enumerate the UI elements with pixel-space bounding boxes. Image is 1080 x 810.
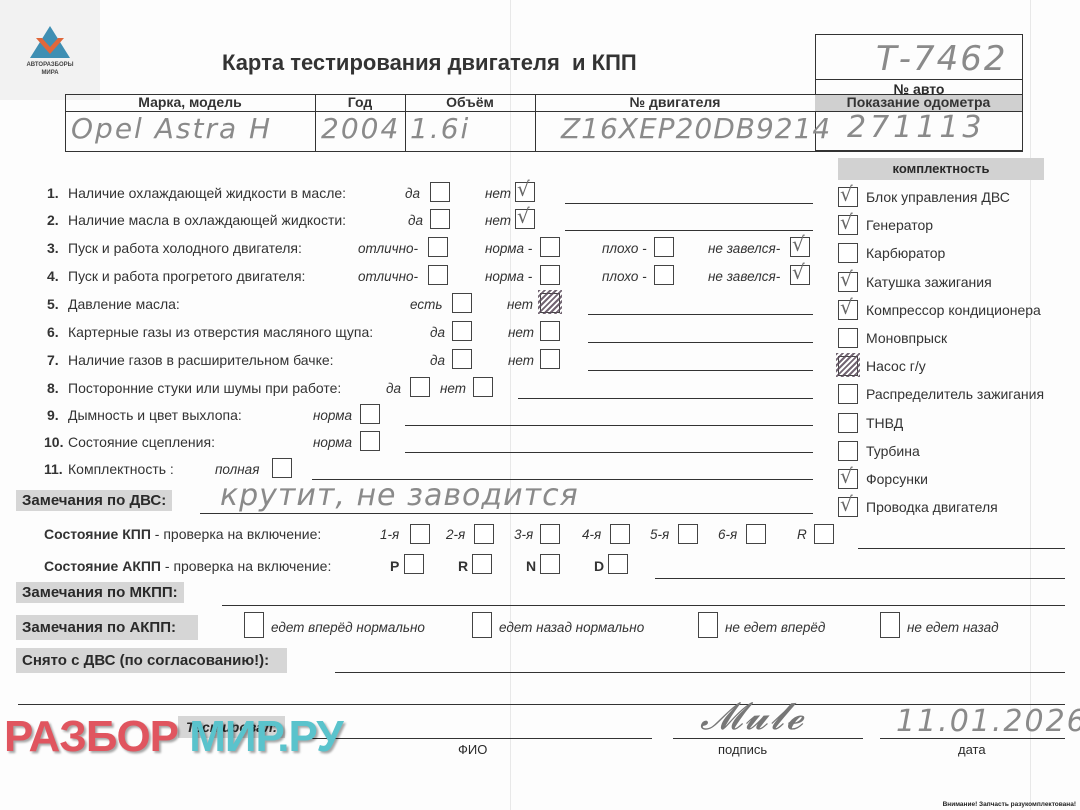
completeness-checkbox[interactable]: √ [838,187,858,207]
completeness-item-label: Генератор [866,217,933,233]
option-label: да [430,325,445,340]
checkbox-4-2[interactable] [540,265,560,285]
odometer-value: 271113 [847,110,986,145]
make-model-value: Opel Astra H [71,112,272,145]
option-label: нет [485,186,511,201]
check-label: Посторонние стуки или шумы при работе: [68,380,341,396]
checkbox-1-1[interactable] [430,182,450,202]
option-label: есть [410,297,442,312]
car-number-value: Т-7462 [876,39,1008,79]
option-label: плохо - [602,241,647,256]
checkbox-9-1[interactable] [360,404,380,424]
completeness-item-label: Насос г/у [866,358,926,374]
paper-fold [1030,0,1031,810]
auto-position-label: N [526,558,536,574]
checkmark-icon: √ [840,464,853,488]
auto-position-label: R [458,558,468,574]
completeness-item-label: Компрессор кондиционера [866,302,1041,318]
check-number: 4. [47,268,59,284]
checkbox-2-1[interactable] [430,209,450,229]
col-header-year: Год [315,94,405,110]
checkbox-4-1[interactable] [428,265,448,285]
date-label: дата [958,742,986,757]
signature-label: подпись [718,742,767,757]
checkbox-11-1[interactable] [272,458,292,478]
auto-position-label: P [390,558,399,574]
mkpp-remarks-label: Замечания по МКПП: [16,582,184,603]
checkbox-10-1[interactable] [360,431,380,451]
company-logo: АВТОРАЗБОРЫ МИРА [0,0,100,100]
gear-checkbox[interactable] [610,524,630,544]
removed-parts-label: Снято с ДВС (по согласованию!): [16,648,287,673]
check-label: Дымность и цвет выхлопа: [68,407,242,423]
gear-checkbox[interactable] [746,524,766,544]
checkbox-6-1[interactable] [452,321,472,341]
check-number: 9. [47,407,59,423]
completeness-checkbox[interactable]: √ [838,215,858,235]
check-label: Состояние сцепления: [68,434,215,450]
completeness-item-label: Распределитель зажигания [866,386,1044,402]
auto-gearbox-label: Состояние АКПП - проверка на включение: [44,558,331,574]
completeness-item-label: Блок управления ДВС [866,189,1010,205]
check-number: 10. [44,434,63,450]
check-number: 7. [47,352,59,368]
gear-checkbox[interactable] [410,524,430,544]
gear-checkbox[interactable] [678,524,698,544]
akpp-option-checkbox[interactable] [472,612,492,638]
checkmark-icon: √ [840,182,853,206]
akpp-option-checkbox[interactable] [880,612,900,638]
check-label: Наличие масла в охлаждающей жидкости: [68,212,346,228]
check-label: Комплектность : [68,461,174,477]
checkbox-3-1[interactable] [428,237,448,257]
option-label: не завелся- [708,269,780,284]
completeness-item-label: Карбюратор [866,245,945,261]
akpp-option-label: едет вперёд нормально [271,620,425,635]
checkbox-3-2[interactable] [540,237,560,257]
check-number: 2. [47,212,59,228]
checkmark-icon: √ [840,492,853,516]
checkbox-4-3[interactable] [654,265,674,285]
vehicle-info-table: Марка, модель Год Объём № двигателя Пока… [65,94,1023,152]
option-label: да [408,213,423,228]
option-label: не завелся- [708,241,780,256]
option-label: полная [215,462,259,477]
gear-checkbox[interactable] [474,524,494,544]
option-label: нет [508,353,534,368]
gear-label: R [797,527,807,542]
gear-checkbox[interactable] [814,524,834,544]
engine-remarks-value[interactable]: крутит, не заводится [220,478,579,513]
checkbox-7-2[interactable] [540,349,560,369]
auto-position-checkbox[interactable] [608,554,628,574]
completeness-header: комплектность [838,158,1044,180]
check-number: 5. [47,296,59,312]
completeness-checkbox[interactable] [838,356,858,376]
auto-position-checkbox[interactable] [404,554,424,574]
akpp-option-checkbox[interactable] [698,612,718,638]
checkbox-5-1[interactable] [452,293,472,313]
completeness-item-label: Моновпрыск [866,330,947,346]
auto-position-checkbox[interactable] [540,554,560,574]
akpp-option-label: не едет назад [907,620,999,635]
checkmark-icon: √ [517,177,530,201]
option-label: плохо - [602,269,647,284]
option-label: норма [313,435,352,450]
option-label: да [386,381,401,396]
option-label: да [405,186,420,201]
completeness-checkbox[interactable]: √ [838,497,858,517]
option-label: отлично- [358,269,418,284]
check-label: Картерные газы из отверстия масляного щу… [68,324,373,340]
gear-label: 3-я [514,527,533,542]
option-label: отлично- [358,241,418,256]
fio-label: ФИО [458,742,487,757]
akpp-option-label: не едет вперёд [725,620,825,635]
check-number: 11. [44,461,63,477]
checkbox-8-1[interactable] [410,377,430,397]
checkbox-5-2[interactable] [540,293,560,313]
scribble-mark [836,353,860,377]
completeness-checkbox[interactable]: √ [838,300,858,320]
check-label: Пуск и работа холодного двигателя: [68,240,302,256]
gear-label: 2-я [446,527,465,542]
gear-label: 1-я [380,527,399,542]
page-title: Карта тестирования двигателя и КПП [222,50,637,76]
checkbox-8-2[interactable] [473,377,493,397]
checkbox-2-2[interactable]: √ [515,209,535,229]
checkmark-icon: √ [840,295,853,319]
engine-remarks-label: Замечания по ДВС: [16,490,172,511]
check-label: Пуск и работа прогретого двигателя: [68,268,305,284]
completeness-checkbox[interactable]: √ [838,469,858,489]
checkmark-icon: √ [792,232,805,256]
checkbox-6-2[interactable] [540,321,560,341]
checkbox-1-2[interactable]: √ [515,182,535,202]
col-header-engine-number: № двигателя [535,94,815,110]
completeness-title: комплектность [838,158,1044,180]
completeness-checkbox[interactable] [838,413,858,433]
completeness-checkbox[interactable]: √ [838,272,858,292]
completeness-item-label: Проводка двигателя [866,499,998,515]
completeness-checkbox[interactable] [838,441,858,461]
completeness-item-label: Катушка зажигания [866,274,992,290]
akpp-option-label: едет назад нормально [499,620,644,635]
signature-scribble: 𝓜𝓾𝓵𝓮 [700,694,805,739]
logo-mountain-icon [28,24,72,60]
watermark: РАЗБОР МИР.РУ [4,712,343,762]
checkmark-icon: √ [792,260,805,284]
gear-checkbox[interactable] [540,524,560,544]
check-label: Наличие газов в расширительном бачке: [68,352,334,368]
option-label: нет [440,381,466,396]
checkbox-3-3[interactable] [654,237,674,257]
option-label: норма - [485,269,532,284]
logo-text-2: МИРА [0,70,100,76]
option-label: норма [313,408,352,423]
option-label: нет [508,325,534,340]
check-number: 6. [47,324,59,340]
completeness-checkbox[interactable] [838,384,858,404]
checkmark-icon: √ [840,267,853,291]
check-number: 1. [47,185,59,201]
watermark-part2: МИР.РУ [189,712,342,761]
checkmark-icon: √ [517,204,530,228]
volume-value: 1.6i [410,112,470,145]
check-label: Давление масла: [68,296,180,312]
option-label: да [430,353,445,368]
year-value: 2004 [321,112,400,145]
check-number: 8. [47,380,59,396]
date-value: 11.01.2026 [896,704,1080,739]
completeness-item-label: Турбина [866,443,920,459]
akpp-option-checkbox[interactable] [244,612,264,638]
scribble-mark [538,290,562,314]
logo-text: АВТОРАЗБОРЫ [0,62,100,68]
checkbox-3-4[interactable]: √ [790,237,810,257]
check-label: Наличие охлаждающей жидкости в масле: [68,185,346,201]
engine-number-value: Z16XEP20DB9214 [561,112,831,145]
completeness-checkbox[interactable] [838,328,858,348]
completeness-checkbox[interactable] [838,243,858,263]
auto-position-label: D [594,558,604,574]
option-label: нет [485,213,511,228]
completeness-item-label: ТНВД [866,415,903,431]
footer-note: Внимание! Запчасть разукомплектована! [943,801,1076,808]
auto-position-checkbox[interactable] [472,554,492,574]
manual-gearbox-label: Состояние КПП - проверка на включение: [44,526,321,542]
watermark-part1: РАЗБОР [4,712,178,761]
option-label: нет [507,297,533,312]
checkmark-icon: √ [840,210,853,234]
gear-label: 4-я [582,527,601,542]
akpp-remarks-label: Замечания по АКПП: [16,615,198,640]
gear-label: 5-я [650,527,669,542]
col-header-odometer: Показание одометра [815,94,1022,110]
gear-label: 6-я [718,527,737,542]
completeness-item-label: Форсунки [866,471,928,487]
checkbox-4-4[interactable]: √ [790,265,810,285]
check-number: 3. [47,240,59,256]
col-header-volume: Объём [405,94,535,110]
checkbox-7-1[interactable] [452,349,472,369]
col-header-make: Марка, модель [65,94,315,110]
option-label: норма - [485,241,532,256]
